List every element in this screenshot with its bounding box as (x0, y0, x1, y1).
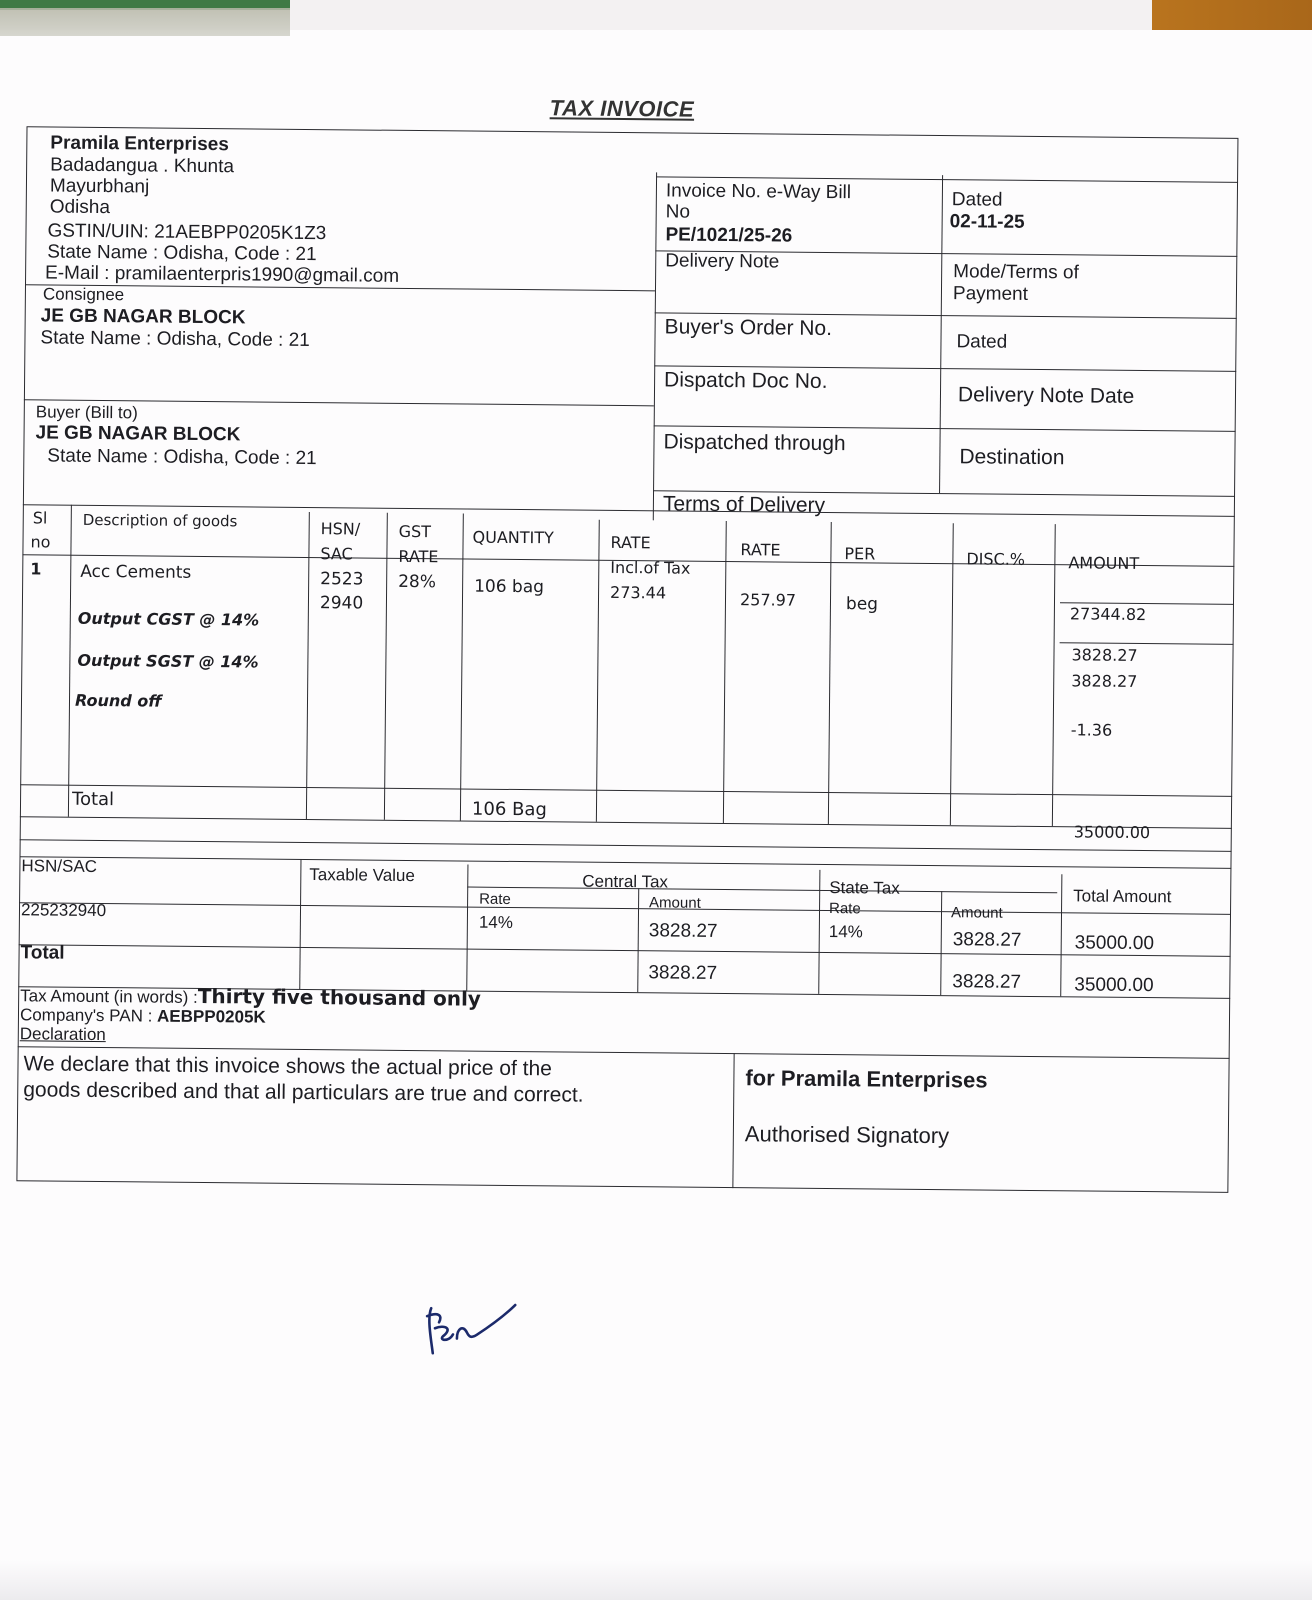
summary-total-state: 3828.27 (952, 971, 1021, 994)
round-off-amount: -1.36 (1071, 720, 1113, 739)
sgst-label: Output SGST @ 14% (77, 651, 258, 672)
item-rate-incl-tax: 273.44 (610, 583, 666, 603)
buyer-label: Buyer (Bill to) (36, 402, 138, 423)
col-header-gst: GST (399, 522, 432, 541)
summary-state-amount: 3828.27 (953, 929, 1022, 952)
seller-address-line1: Badadangua . Khunta (50, 155, 234, 179)
item-amount: 27344.82 (1070, 604, 1147, 624)
destination-label: Destination (959, 445, 1064, 470)
col-header-rate-incl-cont: Incl.of Tax (610, 558, 690, 578)
table-row: 1 Acc Cements 2523 2940 28% 106 bag 273.… (6, 0, 1312, 7)
consignee-name: JE GB NAGAR BLOCK (41, 305, 246, 329)
invoice-no-label-cont: No (666, 201, 691, 223)
amount-in-words-label: Tax Amount (in words) : (20, 986, 198, 1007)
item-quantity: 106 bag (474, 577, 544, 598)
dispatch-doc-label: Dispatch Doc No. (664, 368, 828, 394)
col-header-rate: RATE (740, 540, 780, 559)
consignee-state: State Name : Odisha, Code : 21 (40, 327, 310, 352)
document-title: TAX INVOICE (550, 95, 695, 122)
buyer-state: State Name : Odisha, Code : 21 (47, 445, 317, 470)
seller-address-line2: Mayurbhanj (50, 176, 149, 199)
table-row: 225232940 14% 3828.27 14% 3828.27 35000.… (6, 0, 1312, 7)
summary-header-total: Total Amount (1073, 886, 1171, 907)
summary-header-taxable: Taxable Value (309, 865, 415, 886)
handwritten-signature (423, 1298, 534, 1359)
summary-central-amount: 3828.27 (649, 920, 718, 943)
company-pan-label: Company's PAN : (20, 1005, 157, 1025)
sgst-amount: 3828.27 (1071, 671, 1137, 691)
col-header-quantity: QUANTITY (473, 528, 554, 548)
dated-label: Dated (952, 189, 1003, 211)
delivery-note-date-label: Delivery Note Date (958, 383, 1134, 409)
declaration-text-line1: We declare that this invoice shows the a… (23, 1052, 552, 1081)
item-hsn-cont: 2940 (320, 593, 363, 613)
payment-terms-label-cont: Payment (953, 283, 1028, 306)
round-off-label: Round off (75, 691, 162, 711)
dispatched-through-label: Dispatched through (663, 430, 845, 456)
dated-value: 02-11-25 (950, 211, 1025, 234)
summary-header-state: State Tax (829, 878, 900, 899)
summary-total-amount: 35000.00 (1075, 932, 1154, 955)
consignee-label: Consignee (43, 284, 124, 305)
for-company: for Pramila Enterprises (745, 1065, 987, 1093)
col-header-sl-cont: no (30, 532, 50, 551)
col-header-description: Description of goods (83, 511, 238, 530)
item-gst-rate: 28% (398, 572, 436, 592)
col-header-disc: DISC.% (966, 549, 1025, 569)
buyers-order-label: Buyer's Order No. (665, 315, 833, 341)
item-per: beg (846, 594, 878, 614)
invoice-document: TAX INVOICE Pramila Enterprises Badadang… (0, 0, 1312, 1600)
buyer-block: Buyer (Bill to) JE GB NAGAR BLOCK State … (6, 0, 1312, 7)
col-header-hsn-cont: SAC (320, 544, 352, 563)
seller-address-line3: Odisha (50, 197, 110, 220)
items-total-label: Total (72, 789, 114, 810)
invoice-no-label: Invoice No. e-Way Bill (666, 180, 851, 204)
col-header-hsn: HSN/ (321, 519, 361, 538)
summary-central-rate: 14% (479, 913, 513, 933)
col-header-gst-cont: RATE (398, 547, 438, 566)
col-header-sl: Sl (33, 508, 48, 527)
order-dated-label: Dated (956, 331, 1007, 353)
items-total-quantity: 106 Bag (472, 799, 547, 821)
seller-name: Pramila Enterprises (50, 133, 229, 157)
seller-block: Pramila Enterprises Badadangua . Khunta … (6, 0, 1312, 7)
cgst-amount: 3828.27 (1071, 645, 1137, 665)
summary-header-state-rate: Rate (829, 900, 861, 917)
cgst-label: Output CGST @ 14% (78, 609, 260, 630)
item-rate: 257.97 (740, 590, 796, 610)
summary-header-state-amount: Amount (951, 904, 1003, 921)
consignee-block: Consignee JE GB NAGAR BLOCK State Name :… (6, 0, 1312, 7)
delivery-note-label: Delivery Note (665, 250, 779, 273)
item-sl: 1 (30, 559, 41, 578)
summary-total-grand: 35000.00 (1074, 974, 1153, 997)
col-header-rate-incl: RATE (610, 533, 650, 552)
col-header-per: PER (844, 544, 875, 563)
summary-total-label: Total (20, 942, 64, 964)
summary-hsn: 225232940 (21, 900, 106, 921)
summary-total-central: 3828.27 (648, 962, 717, 985)
payment-terms-label: Mode/Terms of (953, 261, 1079, 284)
company-pan-value: AEBPP0205K (157, 1007, 266, 1027)
item-hsn: 2523 (320, 569, 363, 589)
paper-bottom-shadow (0, 1560, 1312, 1600)
authorised-signatory: Authorised Signatory (745, 1121, 949, 1149)
declaration-label: Declaration (20, 1024, 106, 1045)
buyer-name: JE GB NAGAR BLOCK (35, 422, 240, 446)
summary-header-central-amount: Amount (649, 894, 701, 911)
item-description: Acc Cements (80, 562, 191, 583)
summary-header-central-rate: Rate (479, 891, 511, 908)
invoice-no-value: PE/1021/25-26 (665, 224, 792, 247)
summary-state-rate: 14% (829, 922, 863, 942)
col-header-amount: AMOUNT (1068, 553, 1139, 573)
items-total-amount: 35000.00 (1074, 822, 1151, 842)
terms-of-delivery-label: Terms of Delivery (663, 492, 825, 518)
summary-header-hsn: HSN/SAC (21, 856, 97, 877)
summary-header-central: Central Tax (582, 872, 668, 893)
